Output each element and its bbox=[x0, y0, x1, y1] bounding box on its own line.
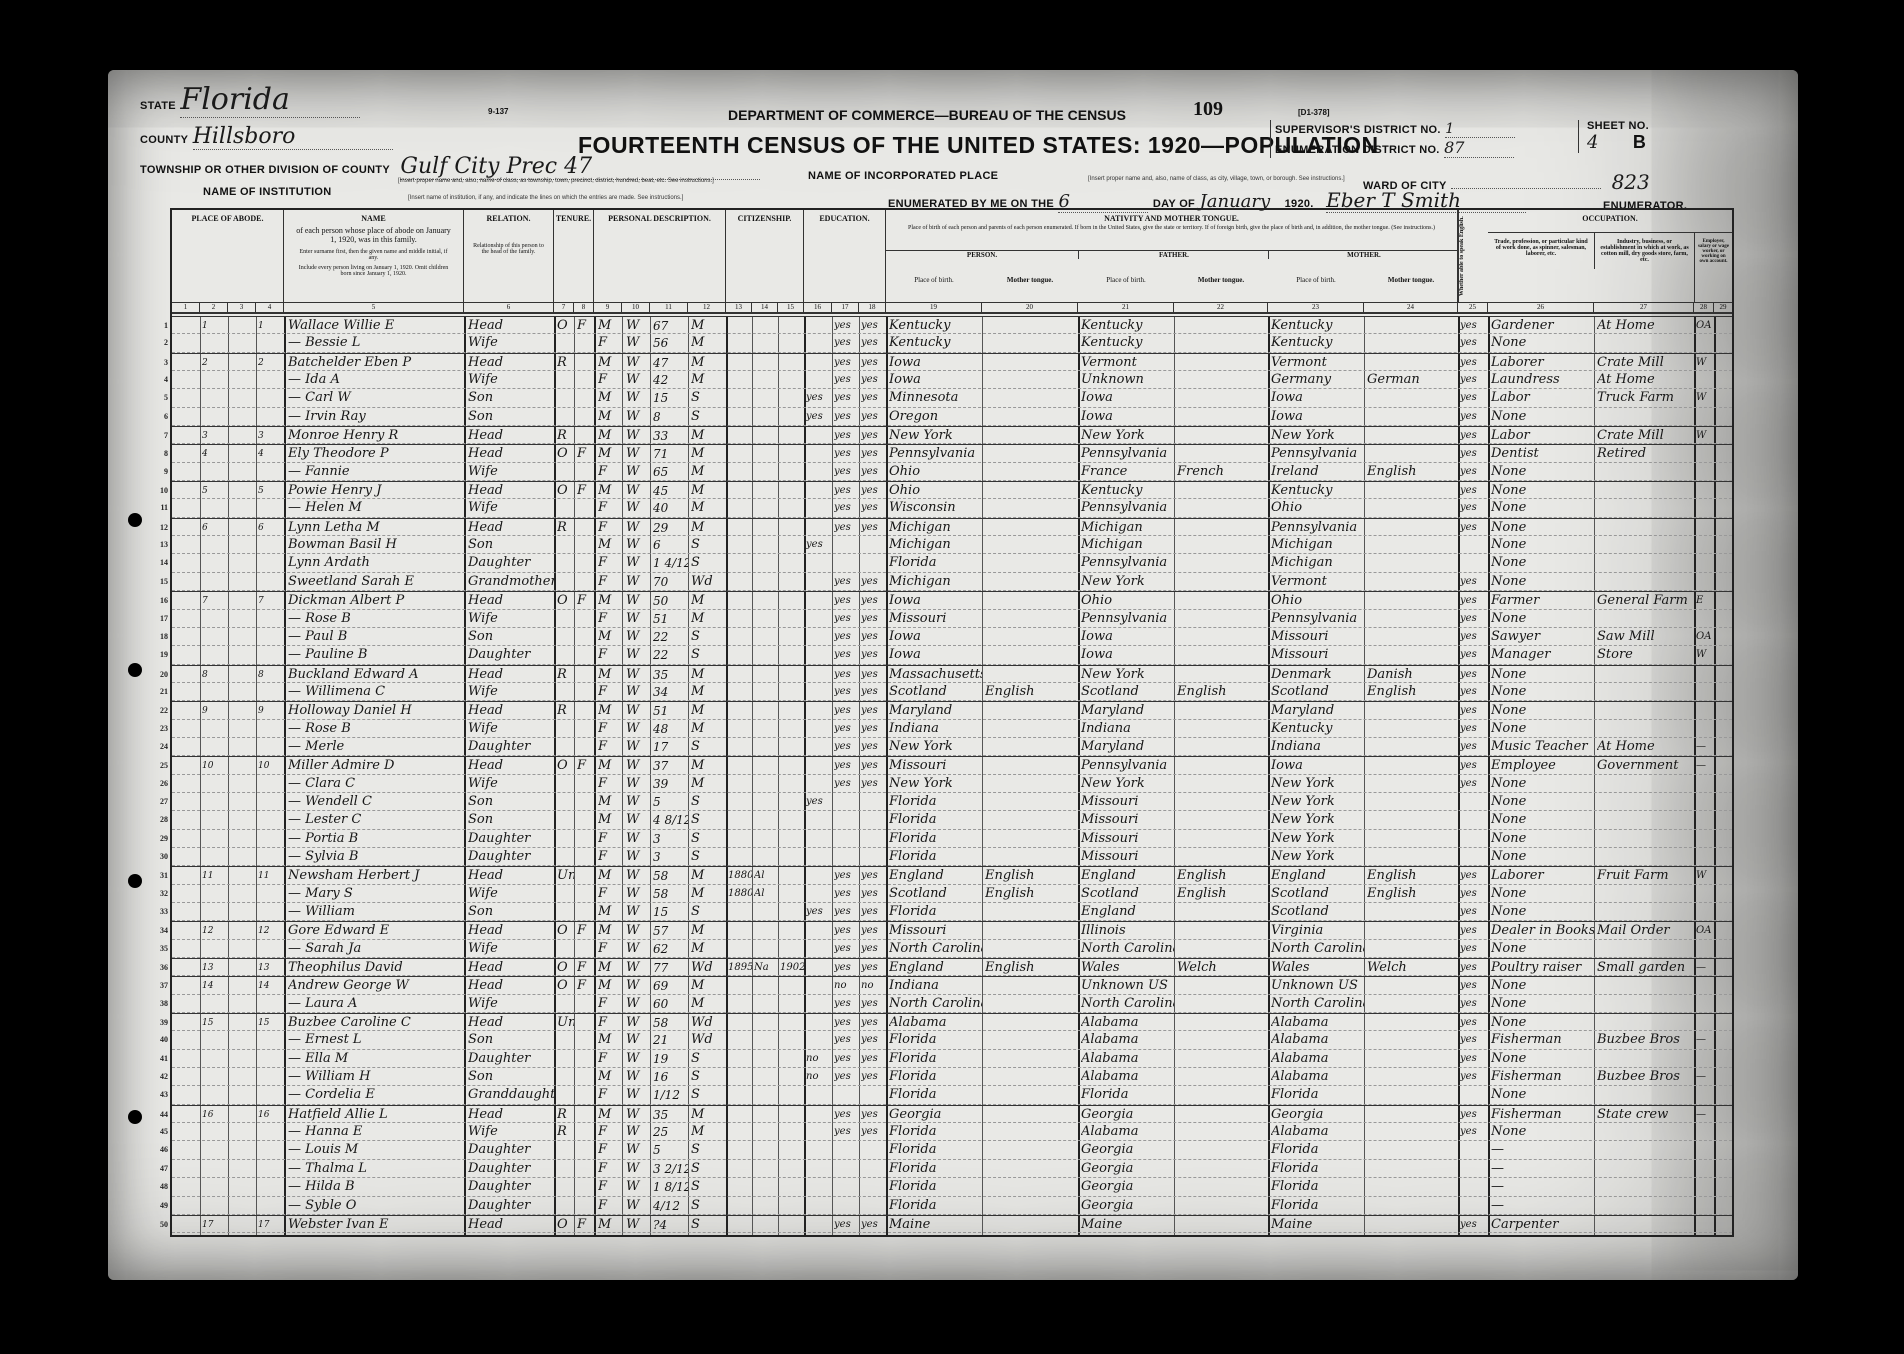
worker-class bbox=[1696, 482, 1714, 498]
speaks-english: yes bbox=[1460, 720, 1488, 737]
mortgage bbox=[577, 903, 594, 920]
line-number: 39 bbox=[150, 1014, 168, 1032]
immigration-year bbox=[728, 573, 752, 590]
worker-class bbox=[1696, 940, 1714, 957]
speaks-english bbox=[1460, 536, 1488, 553]
able-to-read: yes bbox=[834, 499, 859, 516]
relation: Grandmother bbox=[468, 573, 554, 590]
naturalized bbox=[754, 334, 778, 351]
marital-status: M bbox=[691, 757, 726, 773]
mother-mother-tongue bbox=[1367, 646, 1458, 663]
birthplace: Indiana bbox=[889, 720, 982, 737]
able-to-write: yes bbox=[861, 1106, 886, 1122]
table-row: 15 Sweetland Sarah E Grandmother F W 70 … bbox=[172, 573, 1732, 591]
industry: State crew bbox=[1597, 1106, 1694, 1122]
race: W bbox=[626, 793, 650, 810]
father-birthplace: Kentucky bbox=[1081, 482, 1174, 498]
home-owned: O bbox=[557, 922, 574, 938]
line-number: 26 bbox=[150, 775, 168, 793]
naturalization-year bbox=[780, 646, 804, 663]
naturalized bbox=[754, 317, 778, 333]
mother-birthplace: Vermont bbox=[1271, 354, 1364, 370]
age: 70 bbox=[653, 573, 688, 590]
father-mother-tongue bbox=[1177, 1031, 1268, 1048]
dwelling-number: 3 bbox=[202, 427, 228, 443]
trade: Labor bbox=[1491, 389, 1594, 406]
age: 22 bbox=[653, 646, 688, 663]
able-to-write: yes bbox=[861, 940, 886, 957]
attended-school bbox=[806, 610, 832, 627]
table-row: 44 16 16 Hatfield Allie L Head R M W 35 … bbox=[172, 1105, 1732, 1123]
person-name: Dickman Albert P bbox=[288, 592, 464, 608]
trade: Gardener bbox=[1491, 317, 1594, 333]
father-mother-tongue bbox=[1177, 519, 1268, 535]
father-birthplace: Alabama bbox=[1081, 1031, 1174, 1048]
age: 34 bbox=[653, 683, 688, 700]
family-number bbox=[258, 1178, 284, 1195]
father-birthplace: Iowa bbox=[1081, 389, 1174, 406]
person-name: Buckland Edward A bbox=[288, 666, 464, 682]
mother-mother-tongue: Danish bbox=[1367, 666, 1458, 682]
birthplace: Florida bbox=[889, 1123, 982, 1140]
dwelling-number bbox=[202, 1178, 228, 1195]
trade: Carpenter bbox=[1491, 1216, 1594, 1232]
immigration-year bbox=[728, 830, 752, 847]
person-name: — Lester C bbox=[288, 811, 464, 828]
speaks-english: yes bbox=[1460, 354, 1488, 370]
immigration-year bbox=[728, 1178, 752, 1195]
able-to-read: yes bbox=[834, 1014, 859, 1030]
race: W bbox=[626, 885, 650, 902]
father-birthplace: North Carolina bbox=[1081, 995, 1174, 1012]
worker-class: W bbox=[1696, 389, 1714, 406]
relation: Head bbox=[468, 922, 554, 938]
family-number bbox=[258, 389, 284, 406]
mortgage: F bbox=[577, 482, 594, 498]
marital-status: M bbox=[691, 592, 726, 608]
age: 65 bbox=[653, 463, 688, 480]
sex: F bbox=[598, 1123, 622, 1140]
worker-class bbox=[1696, 666, 1714, 682]
mother-tongue bbox=[985, 1031, 1078, 1048]
trade: None bbox=[1491, 463, 1594, 480]
industry bbox=[1597, 499, 1694, 516]
immigration-year bbox=[728, 463, 752, 480]
home-owned: R bbox=[557, 1106, 574, 1122]
mother-tongue bbox=[985, 427, 1078, 443]
speaks-english: yes bbox=[1460, 959, 1488, 975]
industry: Saw Mill bbox=[1597, 628, 1694, 645]
attended-school: no bbox=[806, 1050, 832, 1067]
sex: F bbox=[598, 738, 622, 755]
industry bbox=[1597, 536, 1694, 553]
immigration-year bbox=[728, 1050, 752, 1067]
mother-tongue bbox=[985, 1178, 1078, 1195]
person-name: Miller Admire D bbox=[288, 757, 464, 773]
trade: None bbox=[1491, 977, 1594, 993]
sheet-number: 4 bbox=[1587, 132, 1598, 153]
able-to-write: yes bbox=[861, 628, 886, 645]
person-name: — Bessie L bbox=[288, 334, 464, 351]
attended-school bbox=[806, 702, 832, 718]
immigration-year bbox=[728, 499, 752, 516]
age: 47 bbox=[653, 354, 688, 370]
mother-tongue bbox=[985, 1216, 1078, 1232]
family-number bbox=[258, 499, 284, 516]
naturalization-year bbox=[780, 683, 804, 700]
trade: None bbox=[1491, 1050, 1594, 1067]
immigration-year bbox=[728, 628, 752, 645]
worker-class: W bbox=[1696, 646, 1714, 663]
naturalization-year bbox=[780, 408, 804, 425]
naturalized bbox=[754, 848, 778, 865]
mother-birthplace: Ireland bbox=[1271, 463, 1364, 480]
mother-birthplace: Unknown US bbox=[1271, 977, 1364, 993]
dwelling-number bbox=[202, 334, 228, 351]
family-number bbox=[258, 463, 284, 480]
home-owned: O bbox=[557, 592, 574, 608]
line-number: 37 bbox=[150, 977, 168, 995]
person-name: — William H bbox=[288, 1068, 464, 1085]
mother-birthplace: New York bbox=[1271, 811, 1364, 828]
industry bbox=[1597, 334, 1694, 351]
home-owned bbox=[557, 1031, 574, 1048]
father-birthplace: England bbox=[1081, 867, 1174, 883]
mortgage: F bbox=[577, 757, 594, 773]
mother-birthplace: New York bbox=[1271, 775, 1364, 792]
mother-tongue bbox=[985, 1197, 1078, 1214]
naturalized: Na bbox=[754, 959, 778, 975]
census-rows: 1 1 1 Wallace Willie E Head O F M W 67 M… bbox=[172, 316, 1732, 1233]
able-to-read: yes bbox=[834, 959, 859, 975]
speaks-english: yes bbox=[1460, 1123, 1488, 1140]
table-row: 2 — Bessie L Wife F W 56 M yes yes Kentu… bbox=[172, 334, 1732, 352]
marital-status: S bbox=[691, 903, 726, 920]
naturalization-year bbox=[780, 720, 804, 737]
dwelling-number bbox=[202, 554, 228, 571]
birthplace: Georgia bbox=[889, 1106, 982, 1122]
able-to-write: yes bbox=[861, 1014, 886, 1030]
table-row: 23 — Rose B Wife F W 48 M yes yes Indian… bbox=[172, 720, 1732, 738]
father-birthplace: Alabama bbox=[1081, 1050, 1174, 1067]
home-owned: O bbox=[557, 757, 574, 773]
marital-status: S bbox=[691, 811, 726, 828]
birthplace: Oregon bbox=[889, 408, 982, 425]
immigration-year bbox=[728, 519, 752, 535]
sex: M bbox=[598, 922, 622, 938]
relation: Wife bbox=[468, 334, 554, 351]
page-stamp: 109 bbox=[1193, 98, 1223, 121]
birthplace: Alabama bbox=[889, 1014, 982, 1030]
father-mother-tongue bbox=[1177, 738, 1268, 755]
worker-class bbox=[1696, 573, 1714, 590]
mother-tongue bbox=[985, 977, 1078, 993]
family-number bbox=[258, 536, 284, 553]
dwelling-number bbox=[202, 1031, 228, 1048]
mother-birthplace: Kentucky bbox=[1271, 317, 1364, 333]
able-to-write: yes bbox=[861, 775, 886, 792]
age: 25 bbox=[653, 1123, 688, 1140]
mortgage: F bbox=[577, 1216, 594, 1232]
immigration-year bbox=[728, 445, 752, 461]
mother-tongue bbox=[985, 445, 1078, 461]
able-to-read bbox=[834, 536, 859, 553]
age: 8 bbox=[653, 408, 688, 425]
worker-class bbox=[1696, 371, 1714, 388]
worker-class bbox=[1696, 334, 1714, 351]
table-row: 8 4 4 Ely Theodore P Head O F M W 71 M y… bbox=[172, 444, 1732, 462]
able-to-write: yes bbox=[861, 757, 886, 773]
industry bbox=[1597, 903, 1694, 920]
father-birthplace: New York bbox=[1081, 427, 1174, 443]
relation: Head bbox=[468, 666, 554, 682]
marital-status: S bbox=[691, 1197, 726, 1214]
naturalization-year bbox=[780, 1216, 804, 1232]
able-to-read: yes bbox=[834, 334, 859, 351]
trade: None bbox=[1491, 903, 1594, 920]
family-number: 6 bbox=[258, 519, 284, 535]
relation: Wife bbox=[468, 463, 554, 480]
punch-hole bbox=[128, 663, 142, 677]
attended-school bbox=[806, 1123, 832, 1140]
able-to-read bbox=[834, 1197, 859, 1214]
father-birthplace: Georgia bbox=[1081, 1160, 1174, 1177]
home-owned bbox=[557, 720, 574, 737]
industry bbox=[1597, 977, 1694, 993]
home-owned: R bbox=[557, 354, 574, 370]
worker-class: OA bbox=[1696, 628, 1714, 645]
relation: Wife bbox=[468, 1123, 554, 1140]
line-number: 8 bbox=[150, 445, 168, 463]
attended-school bbox=[806, 848, 832, 865]
father-birthplace: Illinois bbox=[1081, 922, 1174, 938]
line-number: 34 bbox=[150, 922, 168, 940]
attended-school bbox=[806, 977, 832, 993]
home-owned bbox=[557, 499, 574, 516]
home-owned bbox=[557, 940, 574, 957]
marital-status: M bbox=[691, 977, 726, 993]
table-row: 7 3 3 Monroe Henry R Head R M W 33 M yes… bbox=[172, 426, 1732, 444]
sex: M bbox=[598, 793, 622, 810]
industry bbox=[1597, 573, 1694, 590]
father-birthplace: England bbox=[1081, 903, 1174, 920]
able-to-write: yes bbox=[861, 573, 886, 590]
person-name: Lynn Letha M bbox=[288, 519, 464, 535]
mother-mother-tongue bbox=[1367, 1014, 1458, 1030]
naturalization-year bbox=[780, 1123, 804, 1140]
attended-school bbox=[806, 499, 832, 516]
immigration-year bbox=[728, 811, 752, 828]
race: W bbox=[626, 610, 650, 627]
father-mother-tongue bbox=[1177, 666, 1268, 682]
trade: None bbox=[1491, 408, 1594, 425]
father-birthplace: Michigan bbox=[1081, 519, 1174, 535]
marital-status: S bbox=[691, 830, 726, 847]
attended-school: yes bbox=[806, 536, 832, 553]
trade: Laborer bbox=[1491, 867, 1594, 883]
age: 29 bbox=[653, 519, 688, 535]
naturalized bbox=[754, 389, 778, 406]
person-name: — Carl W bbox=[288, 389, 464, 406]
mother-tongue bbox=[985, 1086, 1078, 1103]
mother-mother-tongue bbox=[1367, 499, 1458, 516]
dwelling-number bbox=[202, 811, 228, 828]
dwelling-number bbox=[202, 940, 228, 957]
race: W bbox=[626, 995, 650, 1012]
table-row: 47 — Thalma L Daughter F W 3 2/12 S Flor… bbox=[172, 1160, 1732, 1178]
mother-tongue bbox=[985, 389, 1078, 406]
sex: M bbox=[598, 317, 622, 333]
speaks-english bbox=[1460, 1178, 1488, 1195]
table-row: 1 1 1 Wallace Willie E Head O F M W 67 M… bbox=[172, 316, 1732, 334]
family-number bbox=[258, 885, 284, 902]
family-number: 7 bbox=[258, 592, 284, 608]
immigration-year bbox=[728, 793, 752, 810]
mother-mother-tongue: English bbox=[1367, 463, 1458, 480]
mother-tongue bbox=[985, 1068, 1078, 1085]
naturalized bbox=[754, 793, 778, 810]
trade: None bbox=[1491, 1086, 1594, 1103]
mother-tongue bbox=[985, 334, 1078, 351]
mother-birthplace: Germany bbox=[1271, 371, 1364, 388]
sex: F bbox=[598, 885, 622, 902]
line-number: 44 bbox=[150, 1106, 168, 1124]
worker-class bbox=[1696, 977, 1714, 993]
industry: At Home bbox=[1597, 371, 1694, 388]
mother-tongue bbox=[985, 610, 1078, 627]
speaks-english: yes bbox=[1460, 628, 1488, 645]
home-owned: Un bbox=[557, 1014, 574, 1030]
home-owned bbox=[557, 1178, 574, 1195]
relation: Head bbox=[468, 959, 554, 975]
naturalization-year bbox=[780, 536, 804, 553]
naturalization-year bbox=[780, 1141, 804, 1158]
home-owned bbox=[557, 554, 574, 571]
able-to-write: yes bbox=[861, 499, 886, 516]
relation: Wife bbox=[468, 371, 554, 388]
person-name: — Syble O bbox=[288, 1197, 464, 1214]
dwelling-number bbox=[202, 1160, 228, 1177]
naturalization-year: 1902 bbox=[780, 959, 804, 975]
worker-class bbox=[1696, 1014, 1714, 1030]
age: 1 4/12 bbox=[653, 554, 688, 571]
naturalization-year bbox=[780, 702, 804, 718]
speaks-english: yes bbox=[1460, 463, 1488, 480]
able-to-read bbox=[834, 1086, 859, 1103]
mortgage bbox=[577, 848, 594, 865]
naturalization-year bbox=[780, 793, 804, 810]
race: W bbox=[626, 775, 650, 792]
sex: F bbox=[598, 499, 622, 516]
age: 40 bbox=[653, 499, 688, 516]
home-owned bbox=[557, 573, 574, 590]
attended-school bbox=[806, 354, 832, 370]
mother-mother-tongue bbox=[1367, 628, 1458, 645]
industry bbox=[1597, 885, 1694, 902]
worker-class: E bbox=[1696, 592, 1714, 608]
worker-class bbox=[1696, 683, 1714, 700]
mortgage: F bbox=[577, 445, 594, 461]
mother-birthplace: Alabama bbox=[1271, 1050, 1364, 1067]
birthplace: Kentucky bbox=[889, 334, 982, 351]
family-number bbox=[258, 628, 284, 645]
dwelling-number: 14 bbox=[202, 977, 228, 993]
person-name: — Hilda B bbox=[288, 1178, 464, 1195]
mortgage: F bbox=[577, 592, 594, 608]
line-number: 13 bbox=[150, 536, 168, 554]
speaks-english: yes bbox=[1460, 977, 1488, 993]
marital-status: Wd bbox=[691, 573, 726, 590]
immigration-year bbox=[728, 1197, 752, 1214]
mother-tongue bbox=[985, 1123, 1078, 1140]
worker-class: — bbox=[1696, 1031, 1714, 1048]
attended-school bbox=[806, 885, 832, 902]
header-education: EDUCATION. bbox=[804, 210, 886, 302]
mother-mother-tongue bbox=[1367, 1178, 1458, 1195]
mother-tongue bbox=[985, 702, 1078, 718]
sex: F bbox=[598, 995, 622, 1012]
census-title: FOURTEENTH CENSUS OF THE UNITED STATES: … bbox=[578, 132, 1379, 159]
mother-tongue: English bbox=[985, 959, 1078, 975]
line-number: 17 bbox=[150, 610, 168, 628]
mother-mother-tongue bbox=[1367, 445, 1458, 461]
able-to-read: yes bbox=[834, 519, 859, 535]
birthplace: Iowa bbox=[889, 628, 982, 645]
attended-school: yes bbox=[806, 793, 832, 810]
line-number: 21 bbox=[150, 683, 168, 701]
immigration-year bbox=[728, 646, 752, 663]
mortgage bbox=[577, 1014, 594, 1030]
sex: F bbox=[598, 519, 622, 535]
mother-birthplace: New York bbox=[1271, 427, 1364, 443]
trade: — bbox=[1491, 1160, 1594, 1177]
birthplace: Florida bbox=[889, 1031, 982, 1048]
relation: Head bbox=[468, 482, 554, 498]
naturalized bbox=[754, 628, 778, 645]
speaks-english: yes bbox=[1460, 702, 1488, 718]
industry: Store bbox=[1597, 646, 1694, 663]
person-name: — Louis M bbox=[288, 1141, 464, 1158]
mother-birthplace: North Carolina bbox=[1271, 940, 1364, 957]
able-to-read bbox=[834, 554, 859, 571]
able-to-write bbox=[861, 1141, 886, 1158]
industry bbox=[1597, 683, 1694, 700]
relation: Daughter bbox=[468, 1197, 554, 1214]
father-mother-tongue bbox=[1177, 427, 1268, 443]
trade: Poultry raiser bbox=[1491, 959, 1594, 975]
father-mother-tongue bbox=[1177, 793, 1268, 810]
industry bbox=[1597, 995, 1694, 1012]
father-mother-tongue: French bbox=[1177, 463, 1268, 480]
relation: Wife bbox=[468, 940, 554, 957]
dwelling-number bbox=[202, 408, 228, 425]
naturalized bbox=[754, 702, 778, 718]
race: W bbox=[626, 830, 650, 847]
mother-tongue bbox=[985, 738, 1078, 755]
marital-status: M bbox=[691, 995, 726, 1012]
worker-class bbox=[1696, 830, 1714, 847]
home-owned bbox=[557, 536, 574, 553]
person-name: — Cordelia E bbox=[288, 1086, 464, 1103]
table-row: 4 — Ida A Wife F W 42 M yes yes Iowa Unk… bbox=[172, 371, 1732, 389]
able-to-write: yes bbox=[861, 738, 886, 755]
age: 62 bbox=[653, 940, 688, 957]
attended-school bbox=[806, 573, 832, 590]
trade: None bbox=[1491, 1014, 1594, 1030]
birthplace: Florida bbox=[889, 1160, 982, 1177]
family-number bbox=[258, 610, 284, 627]
trade: None bbox=[1491, 482, 1594, 498]
